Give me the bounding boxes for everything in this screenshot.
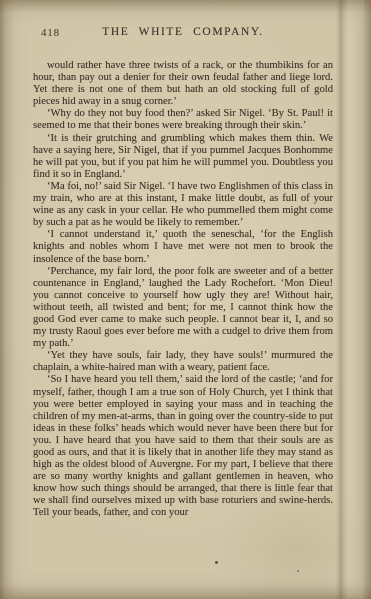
- paragraph: would rather have three twists of a rack…: [33, 60, 333, 108]
- paragraph: ‘Perchance, my fair lord, the poor folk …: [33, 266, 333, 351]
- page-header: 418 THE WHITE COMPANY.: [33, 26, 333, 41]
- paragraph: ‘So I have heard you tell them,’ said th…: [33, 374, 333, 519]
- book-page: 418 THE WHITE COMPANY. would rather have…: [0, 0, 371, 599]
- running-title: THE WHITE COMPANY.: [33, 26, 333, 38]
- text-block: would rather have three twists of a rack…: [33, 60, 333, 520]
- paragraph: ‘Yet they have souls, fair lady, they ha…: [33, 350, 333, 374]
- paragraph: ‘Why do they not buy food then?’ asked S…: [33, 108, 333, 132]
- page-number: 418: [41, 27, 60, 39]
- ink-speck: [297, 570, 299, 572]
- paragraph: ‘It is their grutching and grumbling whi…: [33, 133, 333, 181]
- paragraph: ‘I cannot understand it,’ quoth the sene…: [33, 229, 333, 265]
- page-edge-crease: [336, 0, 347, 599]
- page-edge-band: [347, 0, 364, 599]
- paragraph: ‘Ma foi, no!’ said Sir Nigel. ‘I have tw…: [33, 181, 333, 229]
- ink-speck: [215, 561, 218, 564]
